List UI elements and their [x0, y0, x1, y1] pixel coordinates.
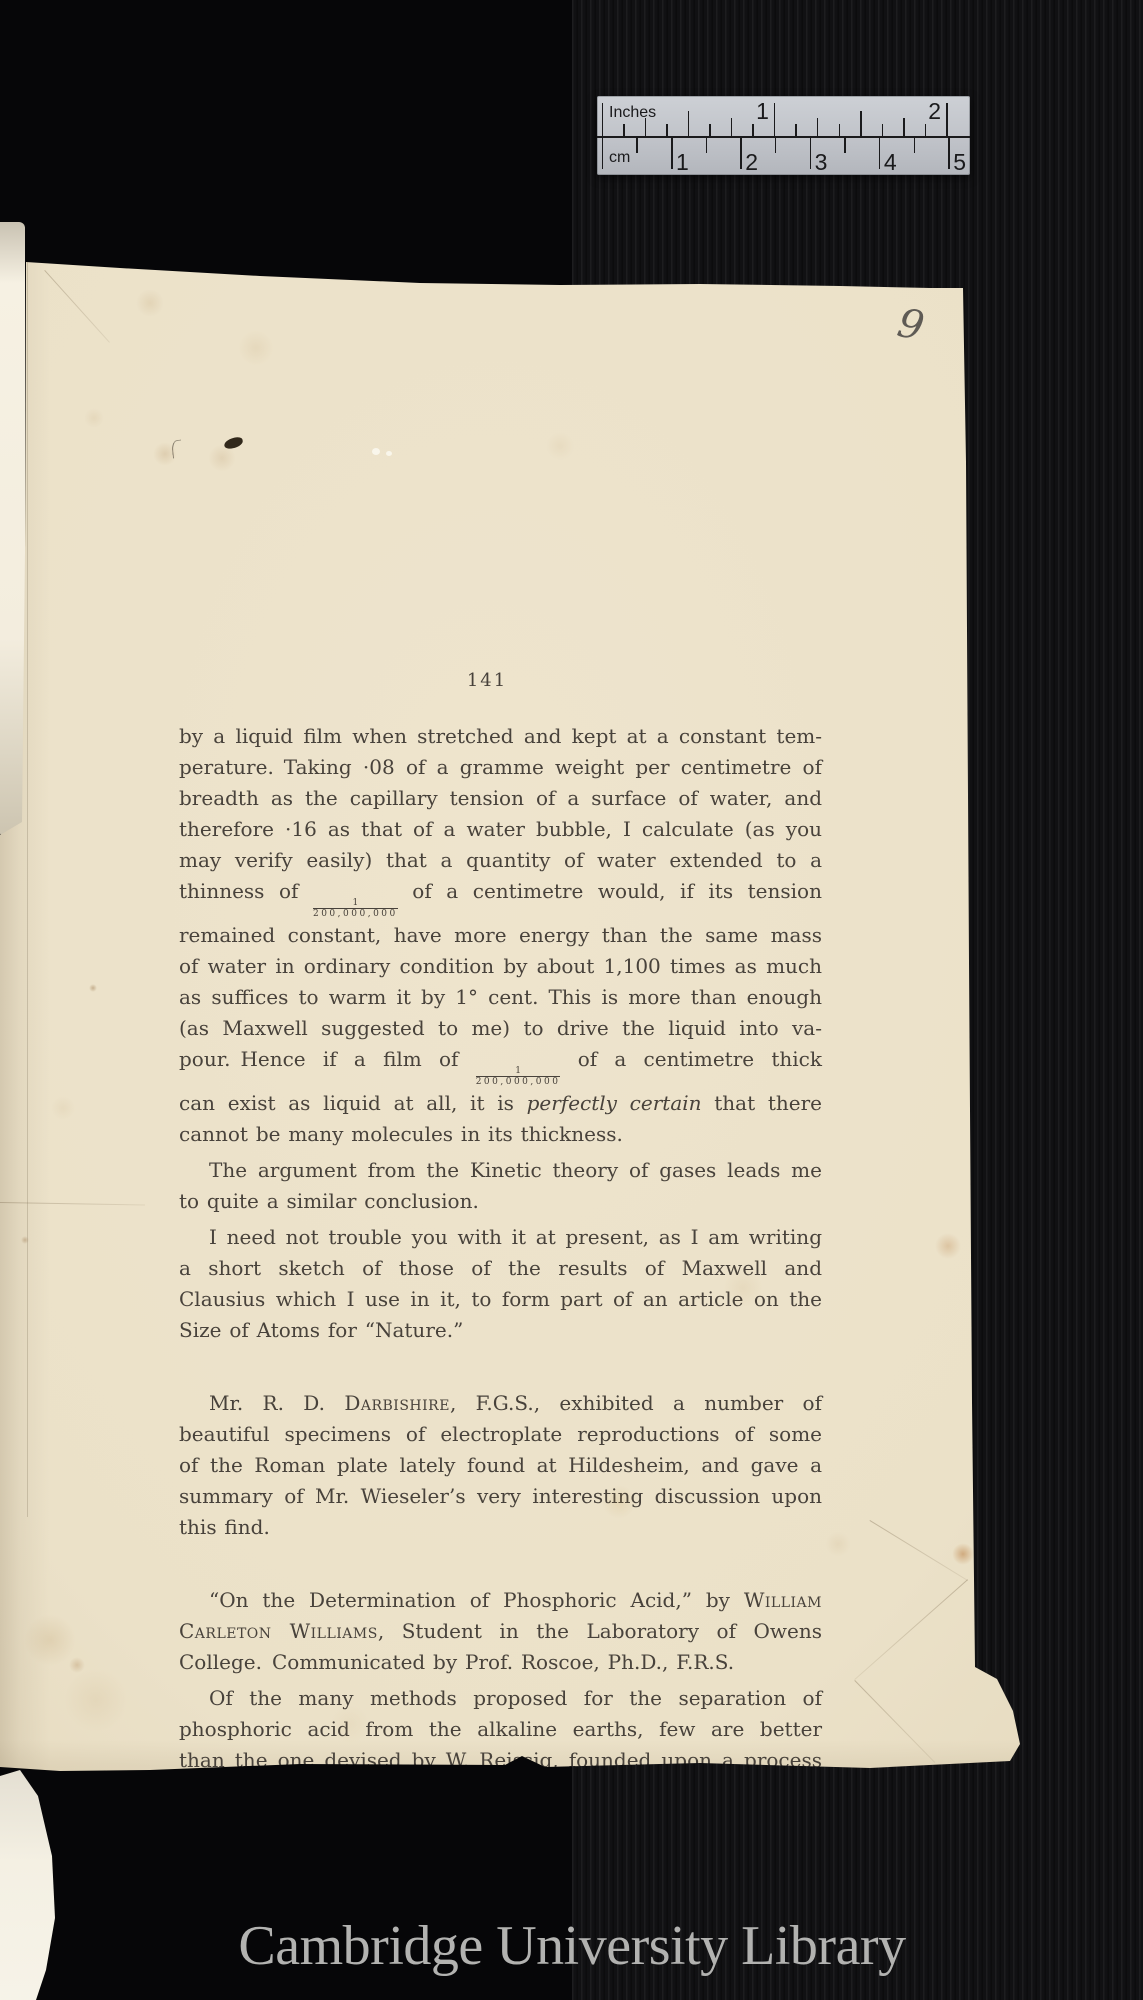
foxing-stain [238, 330, 274, 366]
text-line: remained constant, have more energy than… [179, 920, 822, 951]
inch-tick [882, 124, 884, 136]
cm-tick [706, 138, 708, 153]
paper-crease [0, 1202, 145, 1206]
text-line: Carleton Williams, Student in the Labora… [179, 1616, 822, 1647]
folio-annotation: 9 [893, 300, 927, 350]
text-line: perature. Taking ·08 of a gramme weight … [179, 752, 822, 783]
inch-tick [925, 124, 927, 136]
stacked-fraction: 1200,000,000 [476, 1067, 561, 1088]
foxing-stain [136, 289, 164, 317]
paper-flaw-dot [372, 448, 380, 455]
text-line: Size of Atoms for “Nature.” [179, 1315, 822, 1346]
inch-tick [903, 118, 905, 136]
ruler: Inches cm 1212345 [597, 96, 970, 175]
text-line: to quite a similar conclusion. [179, 1186, 822, 1217]
foxing-stain [89, 984, 97, 992]
paper-crease [869, 1520, 968, 1581]
text-line: Mr. R. D. Darbishire, F.G.S., exhibited … [179, 1388, 822, 1419]
text-line: I need not trouble you with it at presen… [179, 1222, 822, 1253]
text-line: The argument from the Kinetic theory of … [179, 1155, 822, 1186]
text-line: may verify easily) that a quantity of wa… [179, 845, 822, 876]
text-line: “On the Determination of Phosphoric Acid… [179, 1585, 822, 1616]
text-line: of the Roman plate lately found at Hilde… [179, 1450, 822, 1481]
cm-number: 1 [676, 151, 689, 174]
body-text: by a liquid film when stretched and kept… [179, 721, 822, 1869]
paragraph: Mr. R. D. Darbishire, F.G.S., exhibited … [179, 1388, 822, 1543]
foxing-stain [546, 432, 574, 460]
text-line: pour. Hence if a film of 1200,000,000 of… [179, 1044, 822, 1088]
cm-number: 5 [953, 151, 966, 174]
ruler-cm-label: cm [609, 149, 630, 167]
text-line: therefore ·16 as that of a water bubble,… [179, 814, 822, 845]
paper-crease [854, 1579, 968, 1680]
foxing-stain [69, 1657, 85, 1673]
foxing-stain [84, 408, 104, 428]
inch-tick [774, 103, 776, 136]
text-line: a short sketch of those of the results o… [179, 1253, 822, 1284]
text-line: summary of Mr. Wieseler’s very interesti… [179, 1481, 822, 1512]
text-line: College. Communicated by Prof. Roscoe, P… [179, 1647, 822, 1678]
ruler-inches-label: Inches [609, 104, 656, 122]
text-line: Of the many methods proposed for the sep… [179, 1683, 822, 1714]
text-line: of water in ordinary condition by about … [179, 951, 822, 982]
inch-number: 2 [919, 100, 941, 123]
inch-tick [860, 111, 862, 136]
inch-tick [666, 124, 668, 136]
page-number: 141 [447, 670, 527, 691]
cm-tick [636, 138, 638, 153]
ink-blot [223, 436, 244, 450]
inch-number: 1 [747, 100, 769, 123]
inch-tick [946, 103, 948, 136]
cm-tick [810, 138, 812, 169]
cm-tick [844, 138, 846, 153]
inch-tick [817, 118, 819, 136]
inch-tick [709, 124, 711, 136]
inch-tick [688, 111, 690, 136]
text-line: beautiful specimens of electroplate repr… [179, 1419, 822, 1450]
foxing-stain [24, 1614, 76, 1666]
inch-tick [752, 124, 754, 136]
paragraph: The argument from the Kinetic theory of … [179, 1155, 822, 1217]
cm-number: 2 [745, 151, 758, 174]
cm-tick [740, 138, 742, 169]
foxing-stain [825, 1531, 851, 1557]
library-watermark: Cambridge University Library [172, 1910, 972, 1982]
stacked-fraction: 1200,000,000 [313, 899, 398, 920]
inch-tick [731, 118, 733, 136]
text-line: by a liquid film when stretched and kept… [179, 721, 822, 752]
inch-tick [839, 124, 841, 136]
underlying-page-edge-top [0, 222, 25, 835]
paper-crease [854, 1680, 935, 1763]
photo-stage: Inches cm 1212345 9 141 by a liquid film… [0, 0, 1143, 2000]
cm-tick [775, 138, 777, 153]
cm-number: 3 [815, 151, 828, 174]
paragraph: “On the Determination of Phosphoric Acid… [179, 1585, 822, 1678]
paragraph: by a liquid film when stretched and kept… [179, 721, 822, 1150]
paper-crease [44, 270, 110, 343]
cm-tick [914, 138, 916, 153]
inch-tick [623, 124, 625, 136]
text-line: breadth as the capillary tension of a su… [179, 783, 822, 814]
pencil-mark [171, 440, 183, 459]
text-line: (as Maxwell suggested to me) to drive th… [179, 1013, 822, 1044]
cm-tick [602, 138, 604, 169]
cm-number: 4 [884, 151, 897, 174]
inch-tick [602, 103, 604, 136]
foxing-stain [51, 1096, 75, 1120]
paper-flaw-dot [386, 451, 392, 456]
text-line: thinness of 1200,000,000 of a centimetre… [179, 876, 822, 920]
foxing-stain [952, 1543, 974, 1565]
cm-tick [671, 138, 673, 169]
text-line: this find. [179, 1512, 822, 1543]
cm-tick [948, 138, 950, 169]
foxing-stain [64, 1668, 128, 1732]
cm-tick [879, 138, 881, 169]
text-line: as suffices to warm it by 1° cent. This … [179, 982, 822, 1013]
text-line: Clausius which I use in it, to form part… [179, 1284, 822, 1315]
gutter-fold-line [27, 262, 29, 1517]
text-line: can exist as liquid at all, it is perfec… [179, 1088, 822, 1119]
text-line: phosphoric acid from the alkaline earths… [179, 1714, 822, 1745]
inch-tick [795, 124, 797, 136]
paragraph: I need not trouble you with it at presen… [179, 1222, 822, 1346]
text-line: cannot be many molecules in its thicknes… [179, 1119, 822, 1150]
foxing-stain [935, 1233, 961, 1259]
book-page: 9 141 by a liquid film when stretched an… [0, 262, 1026, 1774]
inch-tick [645, 118, 647, 136]
